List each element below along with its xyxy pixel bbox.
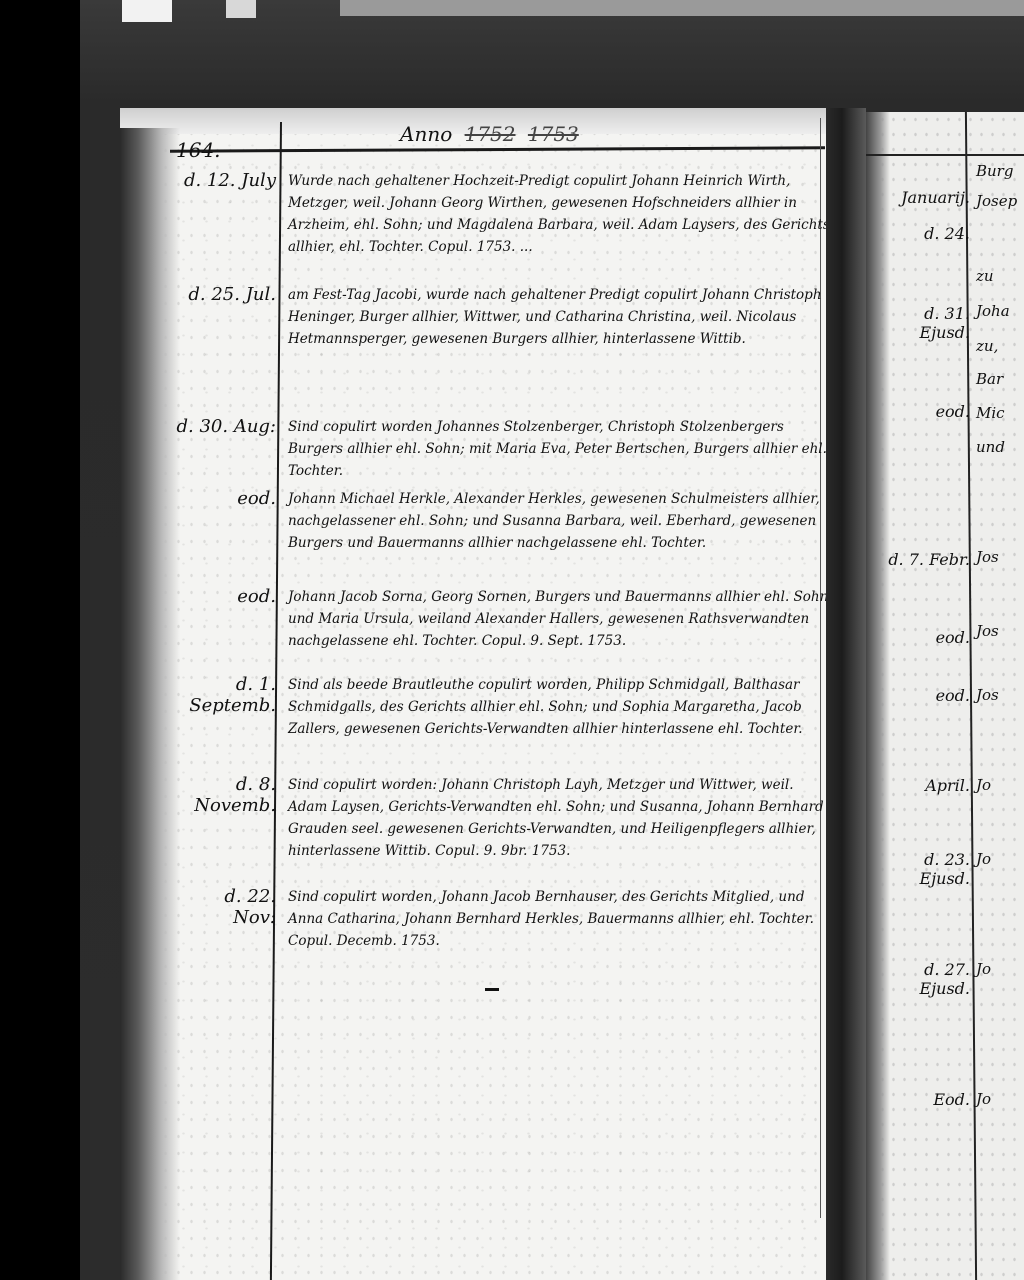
text-fragment: Joha xyxy=(976,302,1010,320)
entry-date: d. 24. xyxy=(886,224,970,243)
entry-text: Sind copulirt worden, Johann Jacob Bernh… xyxy=(288,886,833,952)
entry-text: Johann Jacob Sorna, Georg Sornen, Burger… xyxy=(288,586,833,652)
page-number: 164. xyxy=(176,138,221,162)
entry-date: d. 12. July xyxy=(176,170,276,191)
left-page: 164. Anno 1752 1753 d. 12. July Wurde na… xyxy=(120,108,840,1280)
text-fragment: Jo xyxy=(976,1090,991,1108)
top-paper-strip xyxy=(340,0,1024,16)
entry-date: d. 7. Febr. xyxy=(886,550,970,569)
entry-text: Sind als beede Brautleuthe copulirt word… xyxy=(288,674,833,740)
entry-date: eod. xyxy=(886,402,970,421)
right-margin-rule xyxy=(820,118,821,1218)
entry-date: eod. xyxy=(176,586,276,607)
text-fragment: Bar xyxy=(976,370,1003,388)
text-fragment: Jos xyxy=(976,548,999,566)
struck-year: 1752 xyxy=(465,122,516,146)
entry-date: d. 8. Novemb. xyxy=(176,774,276,816)
entry-date: d. 27. Ejusd. xyxy=(886,960,970,998)
entry-text: Johann Michael Herkle, Alexander Herkles… xyxy=(288,488,833,554)
entry-date: d. 25. Jul. xyxy=(176,284,276,305)
text-fragment: Jos xyxy=(976,622,999,640)
book-binding xyxy=(826,108,866,1280)
header-rule xyxy=(866,154,1024,156)
text-fragment: Jo xyxy=(976,960,991,978)
text-fragment: zu, xyxy=(976,337,998,355)
entry-date: d. 23. Ejusd. xyxy=(886,850,970,888)
text-fragment: Mic xyxy=(976,404,1005,422)
page-header-year: Anno 1752 1753 xyxy=(400,122,579,146)
film-border xyxy=(0,0,80,1280)
entry-text: Wurde nach gehaltener Hochzeit-Predigt c… xyxy=(288,170,833,258)
entry-date: eod. xyxy=(886,686,970,705)
right-page: Januarij. d. 24. d. 31. Ejusd. eod. d. 7… xyxy=(866,112,1024,1280)
text-fragment: Jos xyxy=(976,686,999,704)
entry-date: Januarij. xyxy=(886,188,970,207)
top-paper-tab-2 xyxy=(226,0,256,18)
text-fragment: Jo xyxy=(976,850,991,868)
entry-date: d. 22. Nov: xyxy=(176,886,276,928)
text-fragment: Burg xyxy=(976,162,1013,180)
text-fragment: Jo xyxy=(976,776,991,794)
anno-label: Anno xyxy=(400,122,452,146)
entry-date: Eod. xyxy=(886,1090,970,1109)
entry-text: Sind copulirt worden: Johann Christoph L… xyxy=(288,774,833,862)
header-rule xyxy=(170,146,825,152)
entry-text: am Fest-Tag Jacobi, wurde nach gehaltene… xyxy=(288,284,833,350)
entry-date: eod. xyxy=(886,628,970,647)
text-fragment: und xyxy=(976,438,1005,456)
top-paper-tab xyxy=(122,0,172,22)
entry-date: April. xyxy=(886,776,970,795)
text-fragment: zu xyxy=(976,267,994,285)
end-mark xyxy=(485,988,499,991)
entry-date: d. 31. Ejusd. xyxy=(886,304,970,342)
entry-date: eod. xyxy=(176,488,276,509)
entry-date: d. 1. Septemb. xyxy=(176,674,276,716)
page-edge-shadow xyxy=(120,128,180,1280)
header-year-text: 1753 xyxy=(528,122,579,146)
text-fragment: Josep xyxy=(976,192,1017,210)
entry-date: d. 30. Aug: xyxy=(176,416,276,437)
entry-text: Sind copulirt worden Johannes Stolzenber… xyxy=(288,416,833,482)
